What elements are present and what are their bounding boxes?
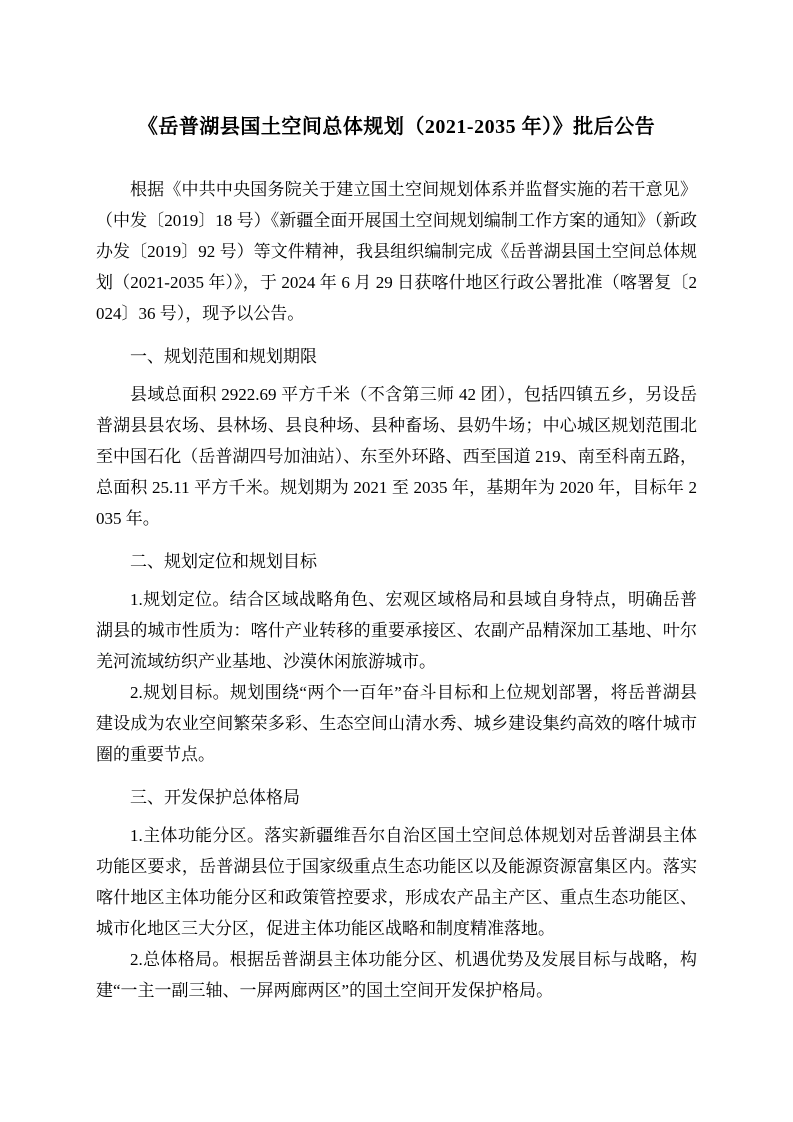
section-heading-1: 一、规划范围和规划期限 — [96, 341, 697, 372]
paragraph-goals: 2.规划目标。规划围绕“两个一百年”奋斗目标和上位规划部署，将岳普湖县建设成为农… — [96, 677, 697, 770]
document-title: 《岳普湖县国土空间总体规划（2021-2035 年）》批后公告 — [96, 112, 697, 142]
paragraph-positioning: 1.规划定位。结合区域战略角色、宏观区域格局和县域自身特点，明确岳普湖县的城市性… — [96, 584, 697, 677]
paragraph-scope-period: 县域总面积 2922.69 平方千米（不含第三师 42 团），包括四镇五乡，另设… — [96, 379, 697, 534]
paragraph-overall-pattern: 2.总体格局。根据岳普湖县主体功能分区、机遇优势及发展目标与战略，构建“一主一副… — [96, 944, 697, 1006]
paragraph-functional-zones: 1.主体功能分区。落实新疆维吾尔自治区国土空间总体规划对岳普湖县主体功能区要求，… — [96, 820, 697, 944]
document-page: 《岳普湖县国土空间总体规划（2021-2035 年）》批后公告 根据《中共中央国… — [0, 0, 793, 1122]
paragraph-intro: 根据《中共中央国务院关于建立国土空间规划体系并监督实施的若干意见》（中发〔201… — [96, 174, 697, 329]
section-heading-2: 二、规划定位和规划目标 — [96, 546, 697, 577]
section-heading-3: 三、开发保护总体格局 — [96, 782, 697, 813]
